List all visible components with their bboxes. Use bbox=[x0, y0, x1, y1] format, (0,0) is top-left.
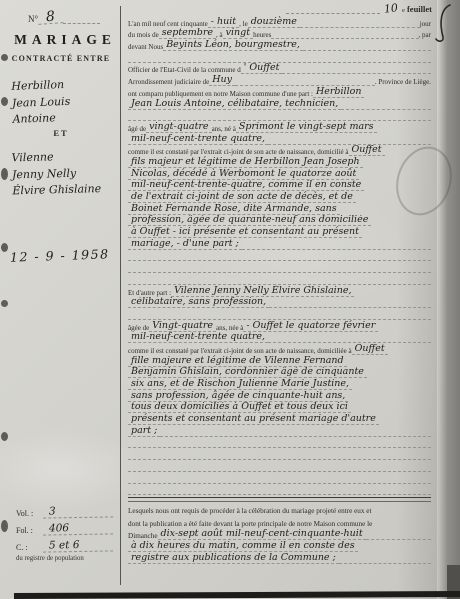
groom-name: HerbillonJean LouisAntoine bbox=[11, 75, 117, 128]
handwritten-text: douzième bbox=[248, 17, 300, 28]
handwritten-text: Benjamin Ghislain, cordonnier âgé de cin… bbox=[128, 367, 367, 378]
handwritten-text: ' Ouffet bbox=[241, 63, 283, 74]
act-line: à dix heures du matin, comme il en const… bbox=[128, 540, 431, 552]
act-line: mil-neuf-cent-trente quatre, bbox=[128, 332, 431, 344]
handwritten-text: Ouffet bbox=[349, 145, 385, 156]
act-line: célibataire, sans profession, bbox=[128, 297, 431, 309]
rule-fill bbox=[128, 271, 431, 273]
act-line: mil-neuf-cent-trente quatre, bbox=[128, 133, 431, 145]
handwritten-text: à dix heures du matin, comme il en const… bbox=[128, 541, 358, 552]
rule-fill bbox=[366, 538, 431, 540]
handwritten-text: part ; bbox=[128, 426, 160, 437]
printed-text: Et d'autre part : bbox=[128, 289, 171, 297]
printed-text: ans, née à bbox=[216, 324, 243, 332]
feuillet-label: feuillet bbox=[405, 4, 432, 14]
act-line: du mois de septembre , à vingt heures , … bbox=[128, 28, 431, 40]
act-line: Jean Louis Antoine, célibataire, technic… bbox=[128, 98, 431, 110]
rule-fill bbox=[268, 143, 431, 145]
rule-fill bbox=[339, 562, 431, 564]
handwritten-text: vingt bbox=[223, 28, 253, 39]
printed-text: Lesquels nous ont requis de procéder à l… bbox=[128, 507, 371, 515]
register-caption: du registre de population bbox=[16, 555, 113, 562]
act-line: Et d'autre part : Vilenne Jenny Nelly Él… bbox=[128, 285, 431, 297]
c-value: 5 et 6 bbox=[43, 539, 113, 552]
handwritten-text: - huit bbox=[208, 17, 239, 28]
act-line: mil-neuf-cent-trente-quatre, comme il en… bbox=[128, 180, 431, 192]
feuillet-header: 10 e feuillet bbox=[286, 3, 432, 14]
printed-text: ont comparu publiquement en notre Maison… bbox=[128, 90, 313, 98]
register-footer: Vol. : 3 Fol. : 406 C. : 5 et 6 du regis… bbox=[16, 501, 113, 562]
binding-hole bbox=[1, 97, 8, 106]
handwritten-text: de l'extrait ci-joint de son acte de déc… bbox=[128, 192, 356, 203]
handwritten-text: profession, âgée de quarante-neuf ans do… bbox=[128, 215, 371, 226]
handwritten-text: Ouffet bbox=[352, 344, 388, 355]
handwritten-text: Herbillon bbox=[313, 87, 364, 98]
rule-fill bbox=[128, 458, 431, 460]
act-number-label: N° bbox=[28, 14, 38, 24]
act-line bbox=[128, 437, 431, 449]
handwritten-text: Beyints Léon, bourgmestre, bbox=[163, 40, 303, 51]
act-line: comme il est constaté par l'extrait ci-j… bbox=[128, 343, 431, 355]
feuillet-number: 10 bbox=[380, 3, 403, 15]
rule-fill bbox=[160, 435, 431, 437]
act-line: dont la publication a été faite devant l… bbox=[128, 515, 431, 527]
act-line: de l'extrait ci-joint de son acte de déc… bbox=[128, 191, 431, 203]
binding-hole bbox=[1, 300, 8, 307]
et-label: ET bbox=[0, 128, 122, 138]
act-line bbox=[128, 273, 431, 285]
act-line: tous deux domiciliés à Ouffet et tous de… bbox=[128, 402, 431, 414]
vol-row: Vol. : 3 bbox=[16, 501, 113, 518]
act-line: profession, âgée de quarante-neuf ans do… bbox=[128, 215, 431, 227]
act-line: à Ouffet - ici présente et consentant au… bbox=[128, 226, 431, 238]
handwritten-text: à Ouffet - ici présente et consentant au… bbox=[128, 227, 362, 238]
act-line: âgé de vingt-quatre ans, né à Sprimont l… bbox=[128, 121, 431, 133]
act-line bbox=[128, 110, 431, 122]
printed-text: du mois de bbox=[128, 31, 159, 39]
printed-text: . Province de Liège. bbox=[375, 78, 431, 86]
printed-text: ans, né à bbox=[212, 125, 236, 133]
handwritten-text: fille majeure et légitime de Vilenne Fer… bbox=[128, 356, 347, 367]
printed-text: , le bbox=[239, 20, 248, 28]
printed-text: L'an mil neuf cent cinquante bbox=[128, 20, 208, 28]
rule-fill bbox=[128, 259, 431, 261]
fol-label: Fol. : bbox=[16, 526, 43, 535]
pen-flourish-icon bbox=[430, 2, 456, 44]
handwritten-text: dix-sept août mil-neuf-cent-cinquante-hu… bbox=[158, 529, 366, 540]
handwritten-text: mil-neuf-cent-trente-quatre, comme il en… bbox=[128, 180, 364, 191]
act-line: L'an mil neuf cent cinquante - huit , le… bbox=[128, 16, 431, 28]
act-line: Benjamin Ghislain, cordonnier âgé de cin… bbox=[128, 367, 431, 379]
act-line: part ; bbox=[128, 425, 431, 437]
act-line: fille majeure et légitime de Vilenne Fer… bbox=[128, 355, 431, 367]
handwritten-text: sans profession, âgée de cinquante-huit … bbox=[128, 391, 348, 402]
rule-fill bbox=[286, 3, 380, 14]
act-line: mariage, - d'une part ; bbox=[128, 238, 431, 250]
handwritten-text: Jean Louis Antoine, célibataire, technic… bbox=[128, 99, 341, 110]
rule-fill bbox=[128, 61, 431, 63]
printed-text: , à bbox=[216, 31, 223, 39]
rule-fill bbox=[268, 341, 431, 343]
act-line bbox=[128, 484, 431, 496]
fol-value: 406 bbox=[43, 522, 113, 535]
act-line: présents et consentant au présent mariag… bbox=[128, 413, 431, 425]
handwritten-text: tous deux domiciliés à Ouffet et tous de… bbox=[128, 402, 351, 413]
page-edge-shadow bbox=[437, 0, 460, 599]
act-line: ont comparu publiquement en notre Maison… bbox=[128, 86, 431, 98]
name-line: Élvire Ghislaine bbox=[12, 181, 118, 200]
printed-text: Dimanche bbox=[128, 532, 158, 540]
act-number-row: N° 8 bbox=[28, 9, 100, 24]
rule-fill bbox=[128, 493, 431, 495]
handwritten-text: mil-neuf-cent-trente quatre, bbox=[128, 332, 268, 343]
printed-text: âgé de bbox=[128, 125, 146, 133]
section-rule bbox=[128, 497, 431, 502]
c-row: C. : 5 et 6 bbox=[16, 535, 113, 552]
handwritten-text: Huy bbox=[209, 75, 235, 86]
act-subtitle: CONTRACTÉ ENTRE bbox=[0, 54, 122, 63]
handwritten-text: registre aux publications de la Commune … bbox=[128, 553, 339, 564]
act-line: Boinet Fernande Rose, dite Armande, sans bbox=[128, 203, 431, 215]
act-line: Lesquels nous ont requis de procéder à l… bbox=[128, 503, 431, 515]
printed-text: Arrondissement judiciaire de bbox=[128, 78, 209, 86]
act-line: devant Nous Beyints Léon, bourgmestre, bbox=[128, 39, 431, 51]
printed-text: dont la publication a été faite devant l… bbox=[128, 520, 372, 528]
act-line: sans profession, âgée de cinquante-huit … bbox=[128, 390, 431, 402]
act-line bbox=[128, 448, 431, 460]
rule-fill bbox=[128, 470, 431, 472]
act-line bbox=[128, 460, 431, 472]
act-line: fils majeur et légitime de Herbillon Jea… bbox=[128, 156, 431, 168]
act-line: Arrondissement judiciaire de Huy . Provi… bbox=[128, 74, 431, 86]
printed-text: comme il est constaté par l'extrait ci-j… bbox=[128, 148, 349, 156]
rule-fill bbox=[341, 108, 431, 110]
act-line bbox=[128, 51, 431, 63]
printed-text: jour bbox=[420, 20, 431, 28]
rule-fill bbox=[269, 306, 431, 308]
act-line: Officier de l'Etat-Civil de la commune d… bbox=[128, 63, 431, 75]
handwritten-text: six ans, et de Rischon Julienne Marie Ju… bbox=[128, 379, 352, 390]
printed-text: , par bbox=[419, 31, 431, 39]
act-line: âgée de Vingt-quatre ans, née à - Ouffet… bbox=[128, 320, 431, 332]
act-line bbox=[128, 250, 431, 262]
handwritten-text: célibataire, sans profession, bbox=[128, 297, 269, 308]
handwritten-text: - Ouffet le quatorze février bbox=[243, 321, 378, 332]
printed-text: âgée de bbox=[128, 324, 149, 332]
handwritten-text: Boinet Fernande Rose, dite Armande, sans bbox=[128, 204, 340, 215]
handwritten-text: Nicolas, décédé à Werbomont le quatorze … bbox=[128, 169, 359, 180]
handwritten-text: vingt-quatre bbox=[146, 122, 211, 133]
vol-value: 3 bbox=[43, 505, 113, 518]
act-line bbox=[128, 308, 431, 320]
binding-hole bbox=[1, 432, 8, 441]
rule-fill bbox=[303, 49, 431, 51]
binding-hole bbox=[1, 243, 8, 252]
binding-hole bbox=[1, 168, 8, 180]
rule-fill bbox=[300, 26, 420, 28]
handwritten-text: Vilenne Jenny Nelly Élvire Ghislaine, bbox=[171, 286, 354, 297]
printed-text: comme il est constaté par l'extrait ci-j… bbox=[128, 347, 352, 355]
rule-fill bbox=[128, 446, 431, 448]
printed-text: Officier de l'Etat-Civil de la commune d bbox=[128, 66, 241, 74]
act-title: MARIAGE bbox=[0, 32, 126, 48]
act-line: registre aux publications de la Commune … bbox=[128, 552, 431, 564]
rule-fill bbox=[128, 482, 431, 484]
c-label: C. : bbox=[16, 543, 43, 552]
handwritten-text: fils majeur et légitime de Herbillon Jea… bbox=[128, 157, 363, 168]
act-line: comme il est constaté par l'extrait ci-j… bbox=[128, 145, 431, 157]
act-line: Dimanche dix-sept août mil-neuf-cent-cin… bbox=[128, 528, 431, 540]
fol-row: Fol. : 406 bbox=[16, 518, 113, 535]
act-line bbox=[128, 472, 431, 484]
printed-text: heures bbox=[253, 31, 271, 39]
handwritten-text: présents et consentant au présent mariag… bbox=[128, 414, 379, 425]
printed-text: devant Nous bbox=[128, 43, 163, 51]
act-line: six ans, et de Rischon Julienne Marie Ju… bbox=[128, 378, 431, 390]
rule-fill bbox=[242, 248, 431, 250]
vol-label: Vol. : bbox=[16, 509, 43, 518]
closing-paragraph: Lesquels nous ont requis de procéder à l… bbox=[128, 503, 431, 564]
act-line bbox=[128, 261, 431, 273]
handwritten-text: septembre bbox=[159, 28, 216, 39]
act-line: Nicolas, décédé à Werbomont le quatorze … bbox=[128, 168, 431, 180]
handwritten-text: Sprimont le vingt-sept mars bbox=[236, 122, 377, 133]
act-number-value: 8 bbox=[38, 10, 64, 25]
handwritten-text: mariage, - d'une part ; bbox=[128, 239, 242, 250]
bride-name: VilenneJenny NellyÉlvire Ghislaine bbox=[11, 148, 118, 200]
handwritten-text: mil-neuf-cent-trente quatre, bbox=[128, 134, 268, 145]
handwritten-text: Vingt-quatre bbox=[149, 321, 216, 332]
rule-fill bbox=[63, 9, 100, 24]
act-body: L'an mil neuf cent cinquante - huit , le… bbox=[128, 16, 431, 495]
rule-fill bbox=[282, 72, 431, 74]
column-separator bbox=[120, 6, 121, 585]
binding-hole bbox=[1, 520, 8, 532]
